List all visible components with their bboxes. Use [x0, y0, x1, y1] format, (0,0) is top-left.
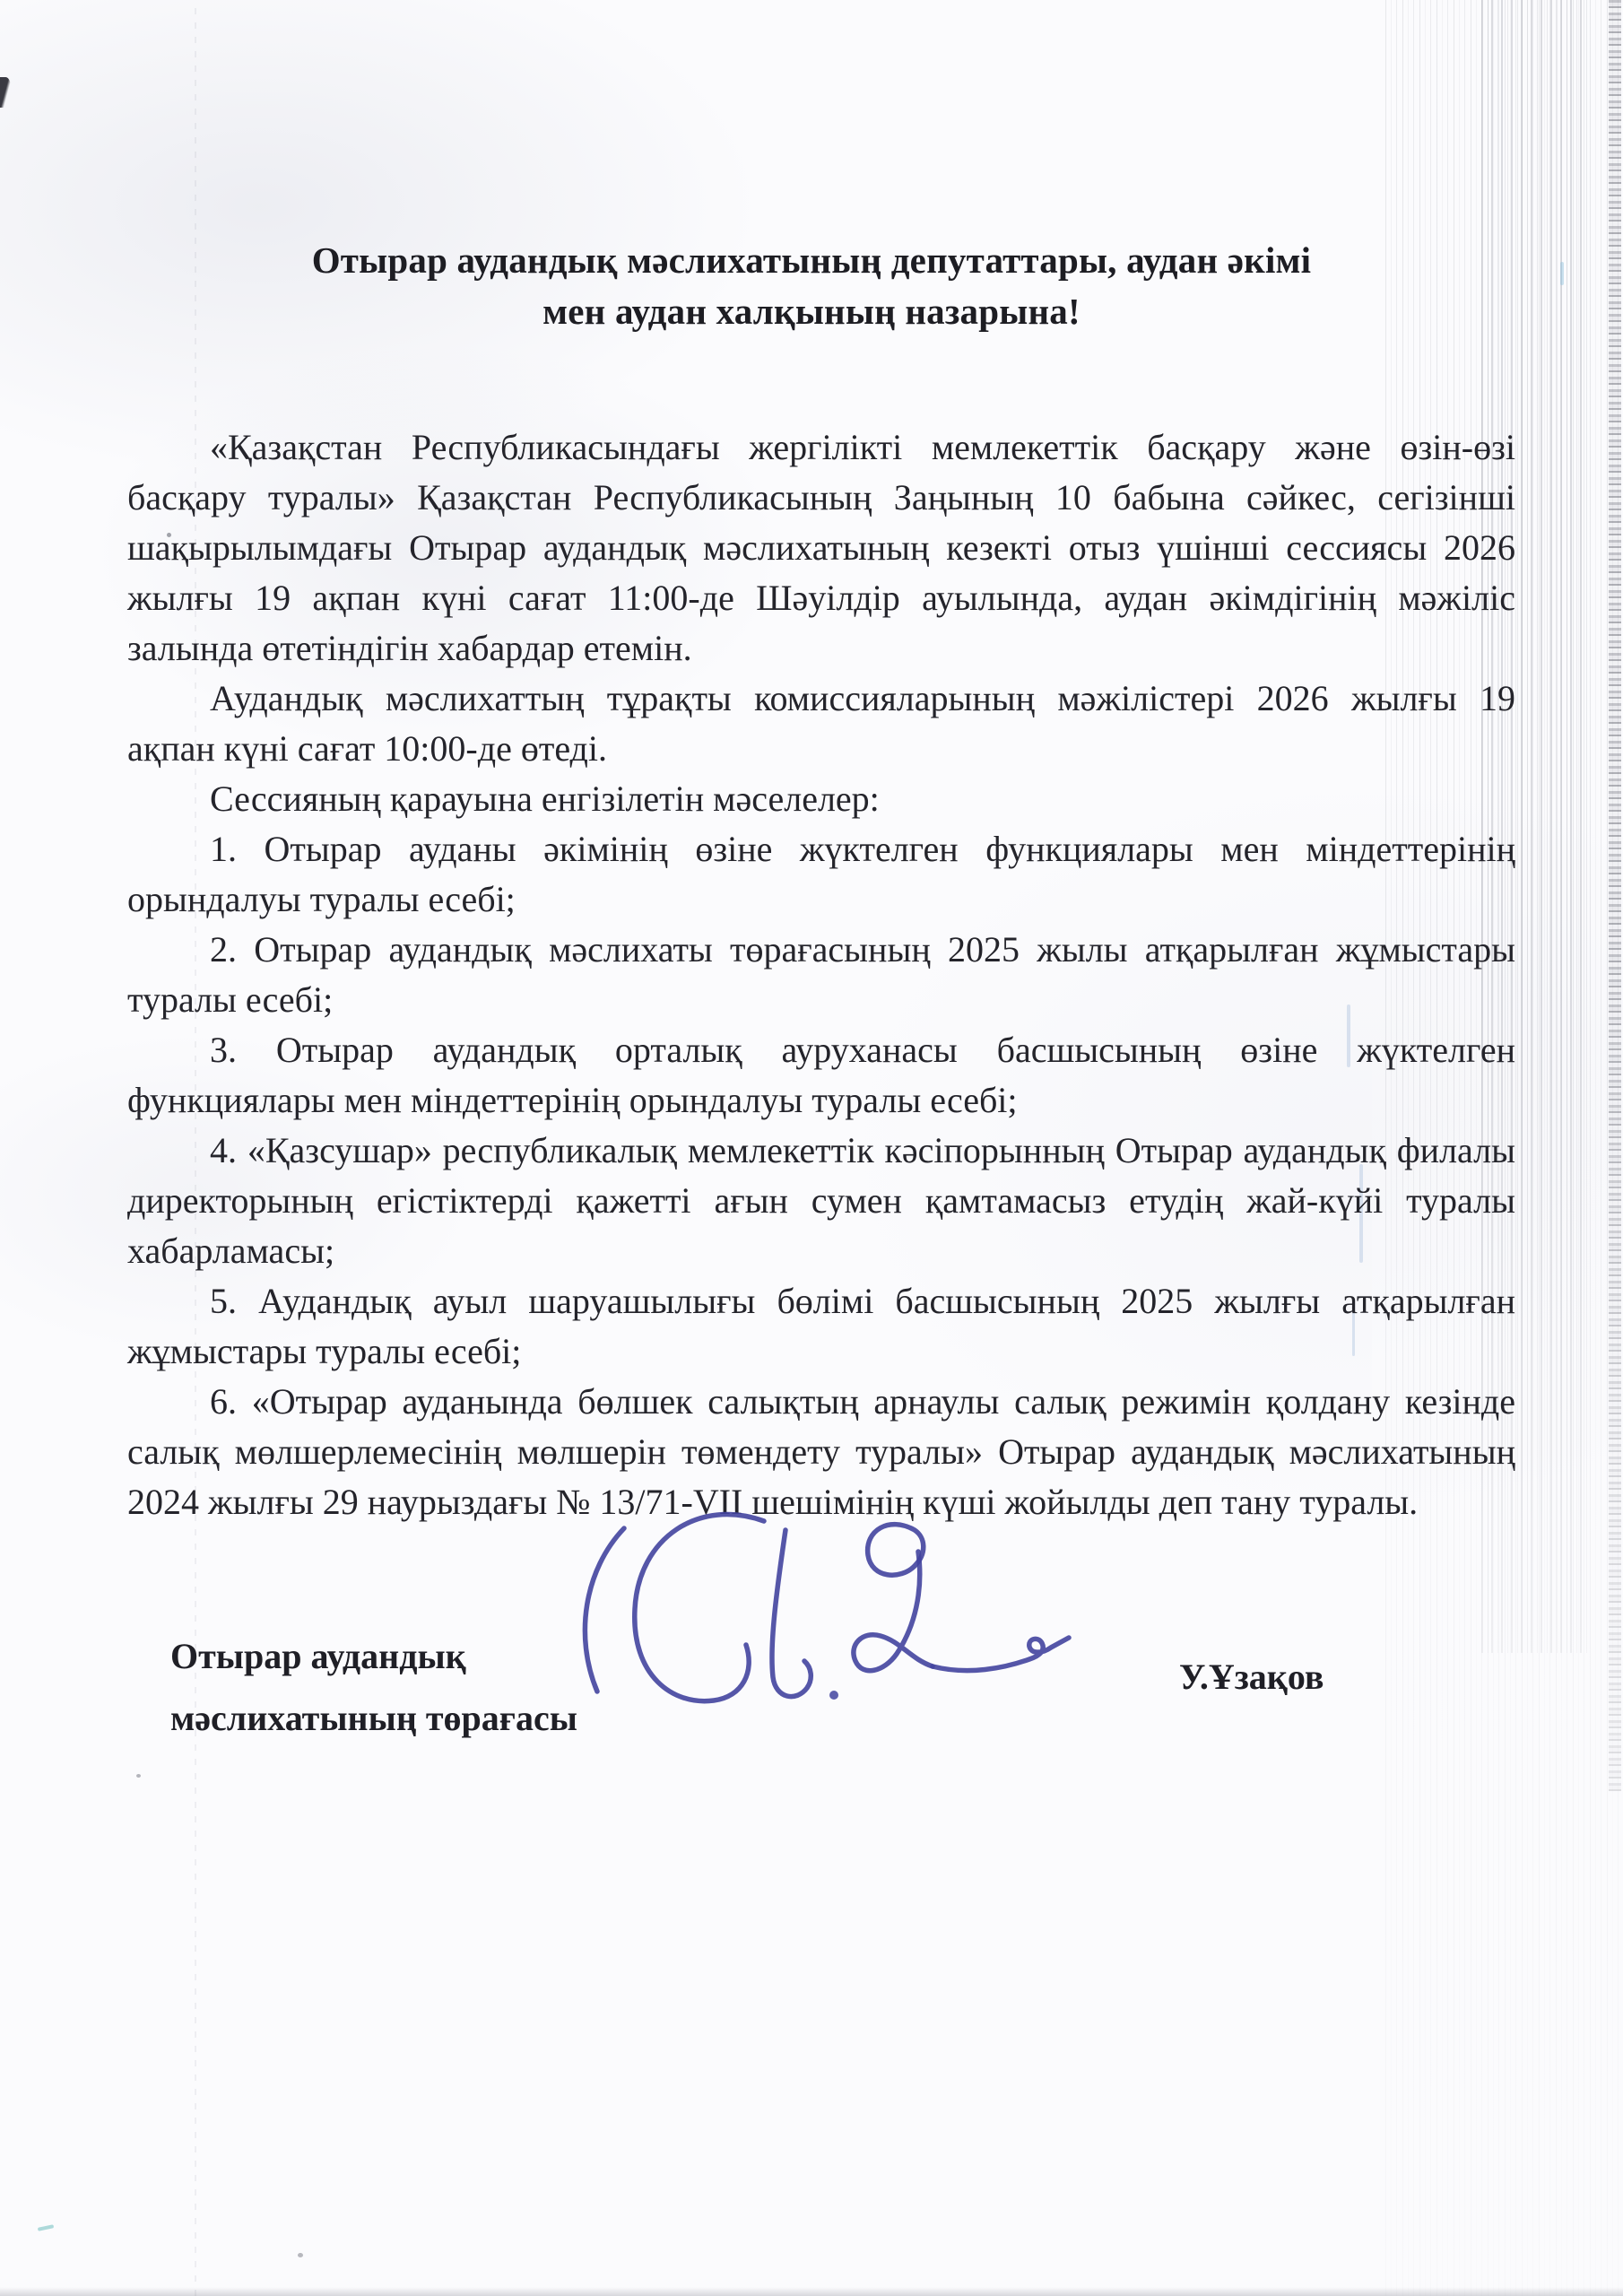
agenda-item-1: 1. Отырар ауданы әкімінің өзіне жүктелге… [127, 824, 1515, 925]
paragraph-intro: «Қазақстан Республикасындағы жергілікті … [127, 422, 1515, 674]
signatory-name: У.Ұзақов [1179, 1656, 1324, 1698]
scan-speck [136, 1774, 141, 1778]
title-line-2: мен аудан халқының назарына! [0, 286, 1623, 337]
scan-blemish-left [0, 77, 12, 108]
signatory-role: Отырар аудандық мәслихатының төрағасы [170, 1625, 577, 1749]
scanned-document: { "document": { "title": { "line1": "Оты… [0, 0, 1623, 2296]
signature-stroke [772, 1530, 811, 1697]
scan-cyan-mark [38, 2224, 54, 2231]
agenda-item-3: 3. Отырар аудандық орталық ауруханасы ба… [127, 1025, 1515, 1126]
signature-stroke [635, 1515, 764, 1701]
document-page: Отырар аудандық мәслихатының депутаттары… [0, 0, 1623, 2296]
signatory-role-line-1: Отырар аудандық [170, 1625, 577, 1687]
document-title: Отырар аудандық мәслихатының депутаттары… [0, 235, 1623, 337]
document-body: «Қазақстан Республикасындағы жергілікті … [127, 422, 1515, 1527]
signatory-role-line-2: мәслихатының төрағасы [170, 1687, 577, 1749]
page-bottom-shadow [0, 2287, 1623, 2296]
signature-dot [829, 1691, 838, 1700]
signature-stroke [854, 1552, 933, 1671]
title-line-1: Отырар аудандық мәслихатының депутаттары… [0, 235, 1623, 286]
agenda-item-5: 5. Аудандық ауыл шаруашылығы бөлімі басш… [127, 1276, 1515, 1377]
signature-stroke [868, 1525, 924, 1576]
handwritten-signature [538, 1482, 1094, 1733]
paragraph-agenda-heading: Сессияның қарауына енгізілетін мәселелер… [127, 774, 1515, 824]
signature-stroke [933, 1638, 1069, 1671]
agenda-item-4: 4. «Қазсушар» республикалық мемлекеттік … [127, 1126, 1515, 1276]
signature-stroke [585, 1528, 624, 1692]
agenda-item-2: 2. Отырар аудандық мәслихаты төрағасының… [127, 925, 1515, 1025]
paragraph-commissions: Аудандық мәслихаттың тұрақты комиссиялар… [127, 674, 1515, 774]
scan-speck [298, 2253, 303, 2257]
